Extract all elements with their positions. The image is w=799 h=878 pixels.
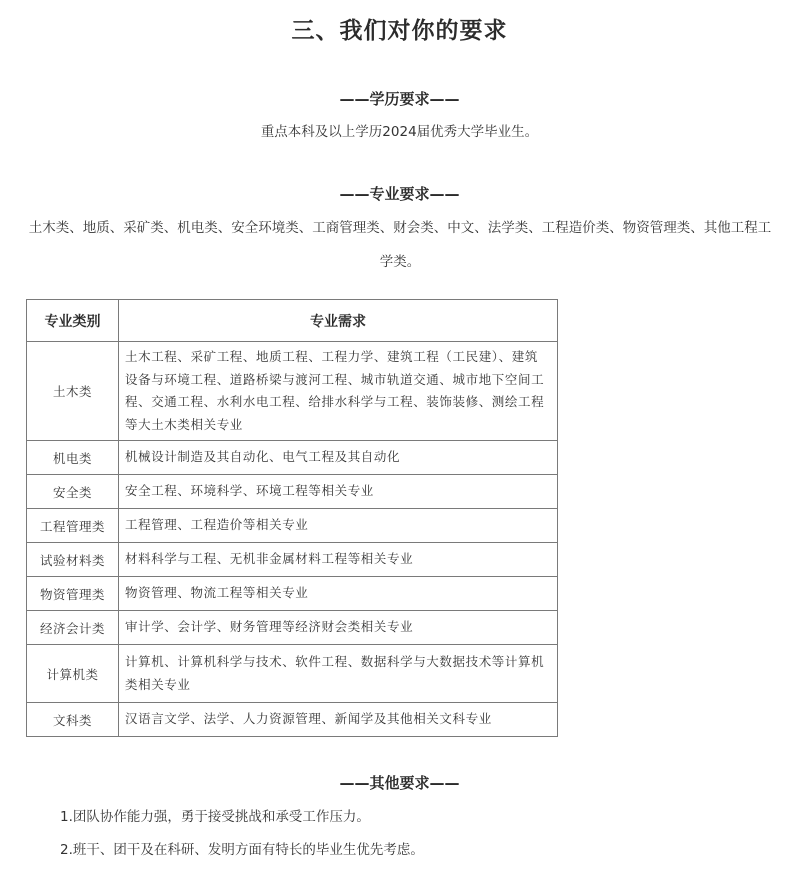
table-row: 安全类 安全工程、环境科学、环境工程等相关专业 — [27, 475, 558, 509]
other-item-2: 2.班干、团干及在科研、发明方面有特长的毕业生优先考虑。 — [60, 838, 424, 858]
requirement-cell: 机械设计制造及其自动化、电气工程及其自动化 — [119, 441, 558, 475]
requirement-cell: 汉语言文学、法学、人力资源管理、新闻学及其他相关文科专业 — [119, 703, 558, 737]
category-cell: 计算机类 — [27, 645, 119, 703]
table-row: 机电类 机械设计制造及其自动化、电气工程及其自动化 — [27, 441, 558, 475]
table-row: 试验材料类 材料科学与工程、无机非金属材料工程等相关专业 — [27, 543, 558, 577]
education-text: 重点本科及以上学历2024届优秀大学毕业生。 — [0, 120, 799, 140]
category-cell: 机电类 — [27, 441, 119, 475]
category-cell: 文科类 — [27, 703, 119, 737]
education-heading: ——学历要求—— — [0, 88, 799, 109]
category-cell: 土木类 — [27, 342, 119, 441]
table-row: 工程管理类 工程管理、工程造价等相关专业 — [27, 509, 558, 543]
table-header-row: 专业类别 专业需求 — [27, 300, 558, 342]
major-heading: ——专业要求—— — [0, 183, 799, 204]
requirement-cell: 安全工程、环境科学、环境工程等相关专业 — [119, 475, 558, 509]
other-heading: ——其他要求—— — [0, 772, 799, 793]
table-row: 文科类 汉语言文学、法学、人力资源管理、新闻学及其他相关文科专业 — [27, 703, 558, 737]
major-requirements-table: 专业类别 专业需求 土木类 土木工程、采矿工程、地质工程、工程力学、建筑工程（工… — [26, 299, 558, 737]
requirement-cell: 物资管理、物流工程等相关专业 — [119, 577, 558, 611]
category-cell: 经济会计类 — [27, 611, 119, 645]
major-list-text: 土木类、地质、采矿类、机电类、安全环境类、工商管理类、财会类、中文、法学类、工程… — [28, 211, 772, 279]
header-category: 专业类别 — [27, 300, 119, 342]
requirement-cell: 材料科学与工程、无机非金属材料工程等相关专业 — [119, 543, 558, 577]
table-row: 物资管理类 物资管理、物流工程等相关专业 — [27, 577, 558, 611]
table-row: 经济会计类 审计学、会计学、财务管理等经济财会类相关专业 — [27, 611, 558, 645]
category-cell: 安全类 — [27, 475, 119, 509]
requirement-cell: 土木工程、采矿工程、地质工程、工程力学、建筑工程（工民建）、建筑设备与环境工程、… — [119, 342, 558, 441]
category-cell: 试验材料类 — [27, 543, 119, 577]
table-row: 土木类 土木工程、采矿工程、地质工程、工程力学、建筑工程（工民建）、建筑设备与环… — [27, 342, 558, 441]
requirement-cell: 计算机、计算机科学与技术、软件工程、数据科学与大数据技术等计算机类相关专业 — [119, 645, 558, 703]
table-row: 计算机类 计算机、计算机科学与技术、软件工程、数据科学与大数据技术等计算机类相关… — [27, 645, 558, 703]
category-cell: 工程管理类 — [27, 509, 119, 543]
page-title: 三、我们对你的要求 — [0, 12, 799, 45]
header-requirement: 专业需求 — [119, 300, 558, 342]
other-item-1: 1.团队协作能力强，勇于接受挑战和承受工作压力。 — [60, 805, 370, 825]
requirement-cell: 审计学、会计学、财务管理等经济财会类相关专业 — [119, 611, 558, 645]
category-cell: 物资管理类 — [27, 577, 119, 611]
requirement-cell: 工程管理、工程造价等相关专业 — [119, 509, 558, 543]
